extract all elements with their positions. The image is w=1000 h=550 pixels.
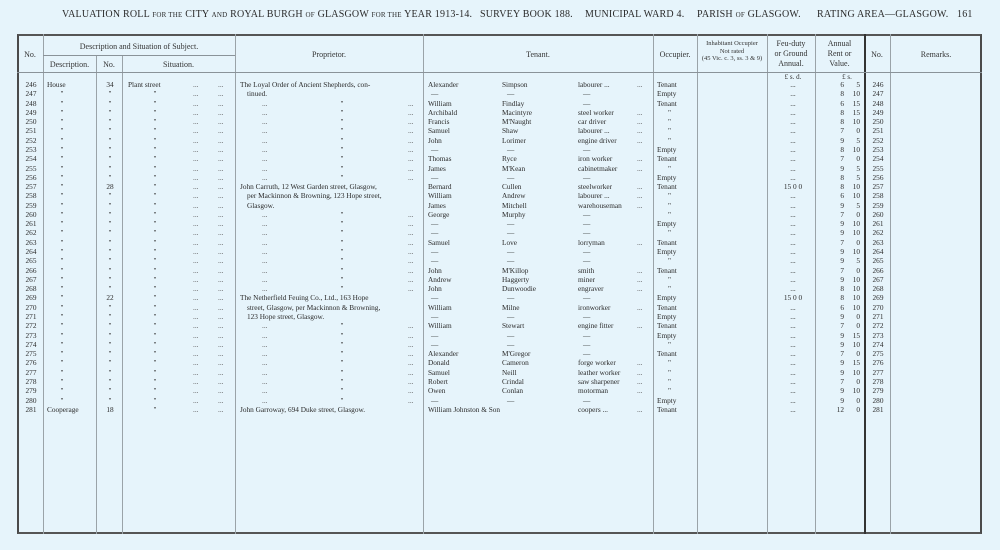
entry-situation: "	[145, 201, 165, 210]
ellipsis: ...	[408, 358, 413, 367]
ellipsis: ...	[637, 321, 642, 330]
tenant-occupation: —	[583, 256, 590, 265]
entry-number: 263	[20, 238, 42, 247]
entry-description: "	[52, 368, 72, 377]
occupier-status: "	[668, 284, 671, 293]
tenant-surname: Ryce	[502, 154, 517, 163]
rent-pounds: 9	[826, 247, 844, 256]
entry-proprietor: "	[335, 126, 349, 135]
entry-situation: "	[145, 349, 165, 358]
feu-duty: ...	[775, 145, 811, 154]
ellipsis: ...	[218, 358, 223, 367]
ellipsis: ...	[408, 331, 413, 340]
ellipsis: ...	[637, 126, 642, 135]
entry-proprietor: 123 Hope street, Glasgow.	[247, 312, 324, 321]
entry-number-right: 263	[868, 238, 888, 247]
ellipsis: ...	[262, 331, 267, 340]
entry-situation: "	[145, 340, 165, 349]
entry-situation: "	[145, 405, 165, 414]
ellipsis: ...	[408, 256, 413, 265]
occupier-status: "	[668, 256, 671, 265]
feu-duty: ...	[775, 164, 811, 173]
ellipsis: ...	[637, 191, 642, 200]
ellipsis: ...	[262, 377, 267, 386]
entry-description: "	[52, 256, 72, 265]
tenant-occupation: —	[583, 396, 590, 405]
ellipsis: ...	[218, 405, 223, 414]
entry-number: 270	[20, 303, 42, 312]
feu-duty: ...	[775, 303, 811, 312]
roll-title: VALUATION ROLL FOR THE CITY AND ROYAL BU…	[62, 9, 472, 20]
entry-proprietor: John Garroway, 694 Duke street, Glasgow.	[240, 405, 365, 414]
tenant-occupation: forge worker	[578, 358, 616, 367]
entry-number: 277	[20, 368, 42, 377]
tenant-surname: Crindal	[502, 377, 524, 386]
tenant-surname: —	[507, 293, 514, 302]
rent-pounds: 8	[826, 293, 844, 302]
tenant-first-name: John	[428, 284, 442, 293]
tenant-surname: —	[507, 331, 514, 340]
tenant-first-name: Samuel	[428, 368, 450, 377]
header-number: No.	[96, 60, 122, 70]
rent-shillings: 0	[846, 405, 860, 414]
header-no-2: No.	[864, 50, 890, 60]
entry-situation: "	[145, 368, 165, 377]
occupier-status: "	[668, 201, 671, 210]
ellipsis: ...	[262, 358, 267, 367]
entry-number-right: 251	[868, 126, 888, 135]
entry-number-right: 279	[868, 386, 888, 395]
ellipsis: ...	[193, 358, 198, 367]
tenant-occupation: car driver	[578, 117, 606, 126]
rent-shillings: 0	[846, 126, 860, 135]
entry-house-number: "	[100, 164, 120, 173]
entry-number-right: 258	[868, 191, 888, 200]
entry-description: "	[52, 238, 72, 247]
rent-shillings: 0	[846, 154, 860, 163]
header-description: Description.	[43, 60, 96, 70]
ellipsis: ...	[637, 358, 642, 367]
entry-situation: "	[145, 228, 165, 237]
tenant-first-name: William Johnston & Son	[428, 405, 500, 414]
ellipsis: ...	[218, 275, 223, 284]
tenant-occupation: leather worker	[578, 368, 620, 377]
ellipsis: ...	[408, 126, 413, 135]
table-row: 254"""........."...ThomasRyceiron worker…	[0, 154, 1000, 163]
entry-number-right: 275	[868, 349, 888, 358]
rent-pounds: 8	[826, 89, 844, 98]
entry-situation: "	[145, 191, 165, 200]
tenant-occupation: motorman	[578, 386, 608, 395]
entry-proprietor: "	[335, 321, 349, 330]
entry-proprietor: "	[335, 145, 349, 154]
tenant-occupation: labourer ...	[578, 80, 610, 89]
ellipsis: ...	[218, 80, 223, 89]
feu-duty: ...	[775, 396, 811, 405]
ellipsis: ...	[218, 136, 223, 145]
ellipsis: ...	[637, 284, 642, 293]
ellipsis: ...	[637, 377, 642, 386]
entry-description: "	[52, 247, 72, 256]
entry-proprietor: per Mackinnon & Browning, 123 Hope stree…	[247, 191, 382, 200]
table-row: 267"""........."...AndrewHaggertyminer..…	[0, 275, 1000, 284]
ellipsis: ...	[408, 99, 413, 108]
entry-number-right: 255	[868, 164, 888, 173]
entry-description: "	[52, 284, 72, 293]
ellipsis: ...	[637, 386, 642, 395]
entry-number-right: 264	[868, 247, 888, 256]
rent-pounds: 6	[826, 80, 844, 89]
entry-number: 269	[20, 293, 42, 302]
occupier-status: Empty	[657, 293, 676, 302]
entry-house-number: "	[100, 154, 120, 163]
rent-shillings: 15	[846, 331, 860, 340]
rent-pounds: 8	[826, 182, 844, 191]
table-row: 280"""........."...———Empty...90280	[0, 396, 1000, 405]
rent-pounds: 7	[826, 154, 844, 163]
entry-number-right: 276	[868, 358, 888, 367]
rent-shillings: 10	[846, 228, 860, 237]
tenant-first-name: Bernard	[428, 182, 452, 191]
ellipsis: ...	[637, 275, 642, 284]
tenant-surname: Findlay	[502, 99, 524, 108]
table-row: 271"""......123 Hope street, Glasgow.———…	[0, 312, 1000, 321]
tenant-surname: —	[507, 340, 514, 349]
table-row: 260"""........."...GeorgeMurphy—"...7026…	[0, 210, 1000, 219]
ellipsis: ...	[218, 349, 223, 358]
entry-description: "	[52, 303, 72, 312]
ellipsis: ...	[218, 145, 223, 154]
ellipsis: ...	[193, 256, 198, 265]
entry-proprietor: "	[335, 349, 349, 358]
ellipsis: ...	[262, 368, 267, 377]
entry-number-right: 268	[868, 284, 888, 293]
ellipsis: ...	[193, 201, 198, 210]
rent-shillings: 10	[846, 368, 860, 377]
feu-duty: ...	[775, 219, 811, 228]
ellipsis: ...	[193, 164, 198, 173]
entry-description: "	[52, 266, 72, 275]
entry-situation: "	[145, 238, 165, 247]
rent-pounds: 9	[826, 201, 844, 210]
ellipsis: ...	[218, 201, 223, 210]
table-row: 273"""........."...———Empty...915273	[0, 331, 1000, 340]
entry-number-right: 269	[868, 293, 888, 302]
rent-shillings: 5	[846, 256, 860, 265]
tenant-surname: Cullen	[502, 182, 521, 191]
ellipsis: ...	[218, 89, 223, 98]
ellipsis: ...	[637, 266, 642, 275]
tenant-surname: —	[507, 219, 514, 228]
feu-duty: ...	[775, 99, 811, 108]
survey-book: SURVEY BOOK 188.	[480, 9, 573, 20]
tenant-first-name: —	[431, 396, 438, 405]
entry-proprietor: "	[335, 358, 349, 367]
rent-shillings: 0	[846, 396, 860, 405]
entry-description: "	[52, 228, 72, 237]
entry-number: 279	[20, 386, 42, 395]
entry-number: 247	[20, 89, 42, 98]
tenant-occupation: smith	[578, 266, 594, 275]
tenant-first-name: Alexander	[428, 80, 458, 89]
ellipsis: ...	[218, 266, 223, 275]
ellipsis: ...	[218, 99, 223, 108]
entry-situation: "	[145, 182, 165, 191]
parish: PARISH OF GLASGOW.	[697, 9, 801, 20]
tenant-first-name: William	[428, 321, 452, 330]
entry-description: "	[52, 210, 72, 219]
entry-number-right: 250	[868, 117, 888, 126]
ellipsis: ...	[218, 164, 223, 173]
tenant-first-name: Thomas	[428, 154, 452, 163]
tenant-occupation: —	[583, 349, 590, 358]
entry-number-right: 261	[868, 219, 888, 228]
rent-pounds: 8	[826, 145, 844, 154]
table-row: 270"""......street, Glasgow, per Mackinn…	[0, 303, 1000, 312]
entry-house-number: 28	[100, 182, 120, 191]
table-row: 256"""........."...———Empty...85256	[0, 173, 1000, 182]
tenant-first-name: —	[431, 145, 438, 154]
entry-description: "	[52, 117, 72, 126]
entry-number-right: 266	[868, 266, 888, 275]
entry-situation: "	[145, 164, 165, 173]
ellipsis: ...	[193, 89, 198, 98]
entry-house-number: 22	[100, 293, 120, 302]
occupier-status: Tenant	[657, 266, 677, 275]
entry-number-right: 257	[868, 182, 888, 191]
rent-shillings: 15	[846, 108, 860, 117]
ellipsis: ...	[262, 349, 267, 358]
ellipsis: ...	[193, 377, 198, 386]
entry-number-right: 256	[868, 173, 888, 182]
header-inhabitant: Inhabitant Occupier Not rated (45 Vic. c…	[697, 40, 767, 63]
tenant-first-name: —	[431, 293, 438, 302]
page-number: 161	[957, 9, 973, 20]
table-row: 259"""......Glasgow.JamesMitchellwarehou…	[0, 201, 1000, 210]
occupier-status: "	[668, 368, 671, 377]
rent-shillings: 10	[846, 117, 860, 126]
rent-shillings: 0	[846, 312, 860, 321]
table-row: 251"""........."...SamuelShawlabourer ..…	[0, 126, 1000, 135]
ellipsis: ...	[408, 340, 413, 349]
ellipsis: ...	[408, 117, 413, 126]
entry-description: "	[52, 154, 72, 163]
ellipsis: ...	[408, 386, 413, 395]
ellipsis: ...	[637, 117, 642, 126]
tenant-surname: M'Killop	[502, 266, 528, 275]
ellipsis: ...	[193, 108, 198, 117]
ellipsis: ...	[262, 126, 267, 135]
rent-pounds: 9	[826, 358, 844, 367]
ellipsis: ...	[637, 368, 642, 377]
table-row: 264"""........."...———Empty...910264	[0, 247, 1000, 256]
entry-description: "	[52, 293, 72, 302]
entry-situation: "	[145, 275, 165, 284]
entry-situation: "	[145, 173, 165, 182]
rent-shillings: 10	[846, 284, 860, 293]
ellipsis: ...	[637, 164, 642, 173]
occupier-status: "	[668, 126, 671, 135]
ellipsis: ...	[408, 396, 413, 405]
entry-proprietor: "	[335, 256, 349, 265]
tenant-occupation: miner	[578, 275, 595, 284]
ellipsis: ...	[262, 164, 267, 173]
rent-pounds: 9	[826, 340, 844, 349]
tenant-occupation: ironworker	[578, 303, 610, 312]
header-remarks: Remarks.	[890, 50, 982, 60]
tenant-surname: —	[507, 228, 514, 237]
entry-situation: "	[145, 126, 165, 135]
entry-description: Cooperage	[47, 405, 79, 414]
entry-situation: "	[145, 99, 165, 108]
feu-duty: ...	[775, 228, 811, 237]
entry-situation: "	[145, 303, 165, 312]
entry-proprietor: John Carruth, 12 West Garden street, Gla…	[240, 182, 377, 191]
entry-proprietor: "	[335, 275, 349, 284]
entry-house-number: "	[100, 256, 120, 265]
occupier-status: "	[668, 164, 671, 173]
tenant-first-name: Alexander	[428, 349, 458, 358]
feu-duty: ...	[775, 321, 811, 330]
entry-number: 261	[20, 219, 42, 228]
entry-situation: "	[145, 210, 165, 219]
entry-number-right: 272	[868, 321, 888, 330]
feu-duty: ...	[775, 154, 811, 163]
entry-house-number: "	[100, 108, 120, 117]
entry-description: "	[52, 321, 72, 330]
ellipsis: ...	[262, 136, 267, 145]
entry-description: "	[52, 275, 72, 284]
entry-number: 256	[20, 173, 42, 182]
entry-number: 266	[20, 266, 42, 275]
tenant-occupation: engine driver	[578, 136, 617, 145]
rent-pounds: 9	[826, 219, 844, 228]
ellipsis: ...	[218, 293, 223, 302]
feu-duty: ...	[775, 386, 811, 395]
entry-description: "	[52, 89, 72, 98]
rent-pounds: 9	[826, 164, 844, 173]
ellipsis: ...	[262, 396, 267, 405]
feu-duty: ...	[775, 191, 811, 200]
ellipsis: ...	[637, 154, 642, 163]
entry-house-number: "	[100, 89, 120, 98]
ellipsis: ...	[218, 154, 223, 163]
entry-proprietor: Glasgow.	[247, 201, 274, 210]
feu-duty: ...	[775, 358, 811, 367]
ellipsis: ...	[218, 321, 223, 330]
tenant-occupation: saw sharpener	[578, 377, 620, 386]
ellipsis: ...	[193, 126, 198, 135]
ellipsis: ...	[193, 210, 198, 219]
occupier-status: Empty	[657, 145, 676, 154]
feu-duty: ...	[775, 377, 811, 386]
tenant-surname: Conlan	[502, 386, 523, 395]
ellipsis: ...	[408, 108, 413, 117]
ellipsis: ...	[193, 284, 198, 293]
rent-shillings: 10	[846, 303, 860, 312]
ellipsis: ...	[193, 368, 198, 377]
entry-house-number: "	[100, 173, 120, 182]
entry-number: 281	[20, 405, 42, 414]
occupier-status: Tenant	[657, 154, 677, 163]
ellipsis: ...	[218, 386, 223, 395]
entry-proprietor: "	[335, 117, 349, 126]
entry-number: 272	[20, 321, 42, 330]
rent-shillings: 0	[846, 377, 860, 386]
ellipsis: ...	[193, 219, 198, 228]
entry-number: 246	[20, 80, 42, 89]
tenant-surname: —	[507, 396, 514, 405]
tenant-occupation: —	[583, 219, 590, 228]
tenant-occupation: —	[583, 247, 590, 256]
rent-shillings: 10	[846, 275, 860, 284]
tenant-first-name: James	[428, 201, 446, 210]
ellipsis: ...	[262, 99, 267, 108]
table-row: 262"""........."...———"...910262	[0, 228, 1000, 237]
rent-shillings: 0	[846, 210, 860, 219]
table-row: 279"""........."...OwenConlanmotorman...…	[0, 386, 1000, 395]
tenant-occupation: engraver	[578, 284, 604, 293]
entry-number-right: 249	[868, 108, 888, 117]
header-proprietor: Proprietor.	[235, 50, 423, 60]
entry-number-right: 281	[868, 405, 888, 414]
entry-number-right: 267	[868, 275, 888, 284]
ellipsis: ...	[193, 293, 198, 302]
rent-shillings: 10	[846, 89, 860, 98]
ellipsis: ...	[408, 164, 413, 173]
entry-proprietor: "	[335, 173, 349, 182]
rent-shillings: 5	[846, 201, 860, 210]
ellipsis: ...	[218, 312, 223, 321]
entry-proprietor: "	[335, 210, 349, 219]
feu-duty: ...	[775, 238, 811, 247]
tenant-first-name: William	[428, 191, 452, 200]
occupier-status: Tenant	[657, 321, 677, 330]
tenant-surname: —	[507, 247, 514, 256]
entry-house-number: "	[100, 219, 120, 228]
feu-duty: ...	[775, 340, 811, 349]
entry-situation: "	[145, 312, 165, 321]
rent-pounds: 6	[826, 303, 844, 312]
rent-pounds: 9	[826, 228, 844, 237]
entry-house-number: "	[100, 247, 120, 256]
entry-situation: "	[145, 154, 165, 163]
occupier-status: Tenant	[657, 238, 677, 247]
feu-duty: ...	[775, 275, 811, 284]
ellipsis: ...	[193, 321, 198, 330]
ellipsis: ...	[218, 396, 223, 405]
ellipsis: ...	[218, 340, 223, 349]
tenant-first-name: Francis	[428, 117, 449, 126]
table-row: 263"""........."...SamuelLovelorryman...…	[0, 238, 1000, 247]
rent-shillings: 10	[846, 247, 860, 256]
feu-duty: ...	[775, 284, 811, 293]
entry-house-number: "	[100, 201, 120, 210]
ellipsis: ...	[218, 303, 223, 312]
table-row: 272"""........."...WilliamStewartengine …	[0, 321, 1000, 330]
occupier-status: Empty	[657, 331, 676, 340]
tenant-first-name: —	[431, 219, 438, 228]
ellipsis: ...	[262, 247, 267, 256]
entry-number-right: 277	[868, 368, 888, 377]
tenant-first-name: George	[428, 210, 449, 219]
ellipsis: ...	[218, 219, 223, 228]
entry-proprietor: "	[335, 284, 349, 293]
feu-duty: ...	[775, 405, 811, 414]
rent-pounds: 6	[826, 99, 844, 108]
entry-proprietor: "	[335, 164, 349, 173]
tenant-surname: Haggerty	[502, 275, 529, 284]
